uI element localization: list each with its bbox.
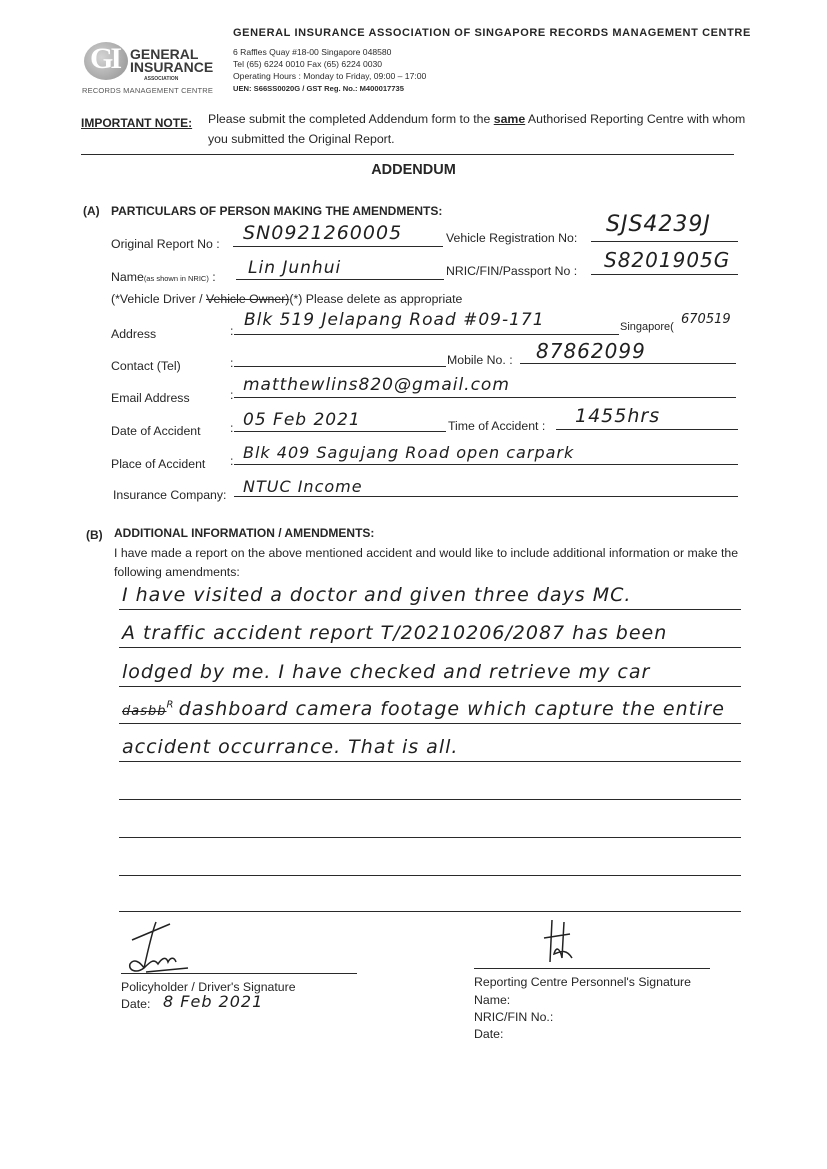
struck-word: dasbb — [122, 704, 167, 719]
mobile-no-field[interactable]: 87862099 — [536, 339, 646, 363]
date-of-accident-field[interactable]: 05 Feb 2021 — [243, 410, 361, 430]
amendment-line-rule — [119, 911, 741, 912]
note-emphasis: same — [494, 112, 525, 126]
reporting-centre-signature-label: Reporting Centre Personnel's Signature — [474, 975, 691, 989]
note-text-part1: Please submit the completed Addendum for… — [208, 112, 494, 126]
logo-text-association: ASSOCIATION — [144, 76, 178, 82]
address-label: Address — [111, 327, 156, 341]
amendment-line-rule — [119, 686, 741, 687]
name-field[interactable]: Lin Junhui — [248, 258, 341, 278]
important-note-text: Please submit the completed Addendum for… — [208, 109, 748, 149]
amendment-line-rest: dashboard camera footage which capture t… — [179, 698, 725, 720]
policyholder-date-field[interactable]: 8 Feb 2021 — [163, 992, 263, 1011]
reporting-centre-date-label: Date: — [474, 1027, 503, 1041]
place-of-accident-colon: : — [230, 454, 233, 468]
name-label-hint: (as shown in NRIC) — [144, 274, 209, 283]
amendment-line-rule — [119, 723, 741, 724]
policyholder-signature-mark — [126, 918, 196, 976]
contact-tel-line — [234, 366, 446, 367]
amendment-line-text[interactable]: dasbbR dashboard camera footage which ca… — [122, 698, 725, 720]
email-address-field[interactable]: matthewlins820@gmail.com — [243, 375, 510, 395]
time-of-accident-field[interactable]: 1455hrs — [575, 405, 660, 427]
name-line — [236, 279, 444, 280]
insurance-company-line — [234, 496, 738, 497]
form-title: ADDENDUM — [0, 162, 827, 178]
name-label: Name(as shown in NRIC) : — [111, 270, 216, 284]
section-a-marker: (A) — [83, 204, 100, 218]
nric-fin-passport-label: NRIC/FIN/Passport No : — [446, 264, 577, 278]
place-of-accident-line — [234, 464, 738, 465]
time-of-accident-line — [556, 429, 738, 430]
amendment-line-rule — [119, 875, 741, 876]
section-a-heading: PARTICULARS OF PERSON MAKING THE AMENDME… — [111, 204, 442, 218]
header-divider — [81, 154, 734, 155]
organisation-address: 6 Raffles Quay #18-00 Singapore 048580 — [233, 47, 391, 57]
email-address-line — [234, 397, 736, 398]
name-label-main: Name — [111, 270, 144, 284]
place-of-accident-field[interactable]: Blk 409 Sagujang Road open carpark — [243, 443, 574, 462]
address-colon: : — [230, 324, 233, 338]
logo-text-rmc: RECORDS MANAGEMENT CENTRE — [82, 86, 213, 95]
mobile-no-label: Mobile No. : — [447, 353, 513, 367]
reporting-centre-signature-mark — [540, 918, 580, 966]
contact-tel-label: Contact (Tel) — [111, 359, 181, 373]
organisation-title: GENERAL INSURANCE ASSOCIATION OF SINGAPO… — [233, 27, 751, 39]
name-label-colon: : — [209, 270, 216, 284]
important-note-label: IMPORTANT NOTE: — [81, 116, 192, 130]
date-of-accident-colon: : — [230, 421, 233, 435]
section-b-marker: (B) — [86, 528, 103, 542]
insert-mark: R — [167, 700, 179, 711]
amendment-line-text[interactable]: lodged by me. I have checked and retriev… — [122, 661, 650, 683]
date-of-accident-label: Date of Accident — [111, 424, 201, 438]
amendment-line-text[interactable]: accident occurrance. That is all. — [122, 736, 458, 758]
amendment-line-rule — [119, 609, 741, 610]
policyholder-signature-line — [121, 973, 357, 974]
mobile-no-line — [520, 363, 736, 364]
singapore-postal-field[interactable]: 670519 — [681, 312, 731, 327]
reporting-centre-signature-line — [474, 968, 710, 969]
logo-text-insurance: INSURANCE — [130, 61, 213, 74]
contact-tel-colon: : — [230, 356, 233, 370]
nric-fin-passport-field[interactable]: S8201905G — [604, 248, 730, 272]
address-field[interactable]: Blk 519 Jelapang Road #09-171 — [244, 310, 545, 330]
place-of-accident-label: Place of Accident — [111, 457, 205, 471]
vehicle-registration-no-line — [591, 241, 738, 242]
organisation-phone-fax: Tel (65) 6224 0010 Fax (65) 6224 0030 — [233, 59, 382, 69]
amendment-line-rule — [119, 647, 741, 648]
role-note-owner-struck: Vehicle Owner) — [206, 292, 289, 306]
address-line — [234, 334, 619, 335]
organisation-hours: Operating Hours : Monday to Friday, 09:0… — [233, 71, 426, 81]
role-note-instruction: (*) Please delete as appropriate — [289, 292, 462, 306]
nric-fin-passport-line — [591, 274, 738, 275]
role-note-driver: (*Vehicle Driver / — [111, 292, 206, 306]
role-note: (*Vehicle Driver / Vehicle Owner)(*) Ple… — [111, 292, 462, 306]
vehicle-registration-no-label: Vehicle Registration No: — [446, 231, 577, 245]
amendment-line-rule — [119, 799, 741, 800]
section-b-intro: I have made a report on the above mentio… — [114, 544, 744, 582]
logo-mark: GI — [90, 42, 119, 76]
insurance-company-label: Insurance Company: — [113, 488, 226, 502]
gia-logo: GI GENERAL INSURANCE ASSOCIATION RECORDS… — [82, 36, 218, 98]
amendment-line-text[interactable]: I have visited a doctor and given three … — [122, 584, 631, 606]
vehicle-registration-no-field[interactable]: SJS4239J — [606, 212, 711, 237]
time-of-accident-label: Time of Accident : — [448, 419, 545, 433]
original-report-no-label: Original Report No : — [111, 237, 220, 251]
organisation-uen: UEN: S66SS0020G / GST Reg. No.: M4000177… — [233, 84, 404, 93]
section-b-heading: ADDITIONAL INFORMATION / AMENDMENTS: — [114, 526, 374, 540]
amendment-line-rule — [119, 761, 741, 762]
insurance-company-field[interactable]: NTUC Income — [243, 477, 363, 496]
amendment-line-rule — [119, 837, 741, 838]
original-report-no-line — [233, 246, 443, 247]
singapore-postal-label: Singapore( — [620, 321, 674, 333]
email-address-label: Email Address — [111, 391, 190, 405]
amendment-line-text[interactable]: A traffic accident report T/20210206/208… — [122, 622, 667, 644]
date-of-accident-line — [234, 431, 446, 432]
reporting-centre-name-label: Name: — [474, 993, 510, 1007]
reporting-centre-nric-label: NRIC/FIN No.: — [474, 1010, 553, 1024]
original-report-no-field[interactable]: SN0921260005 — [243, 222, 402, 244]
policyholder-date-label: Date: — [121, 997, 150, 1011]
email-address-colon: : — [230, 388, 233, 402]
